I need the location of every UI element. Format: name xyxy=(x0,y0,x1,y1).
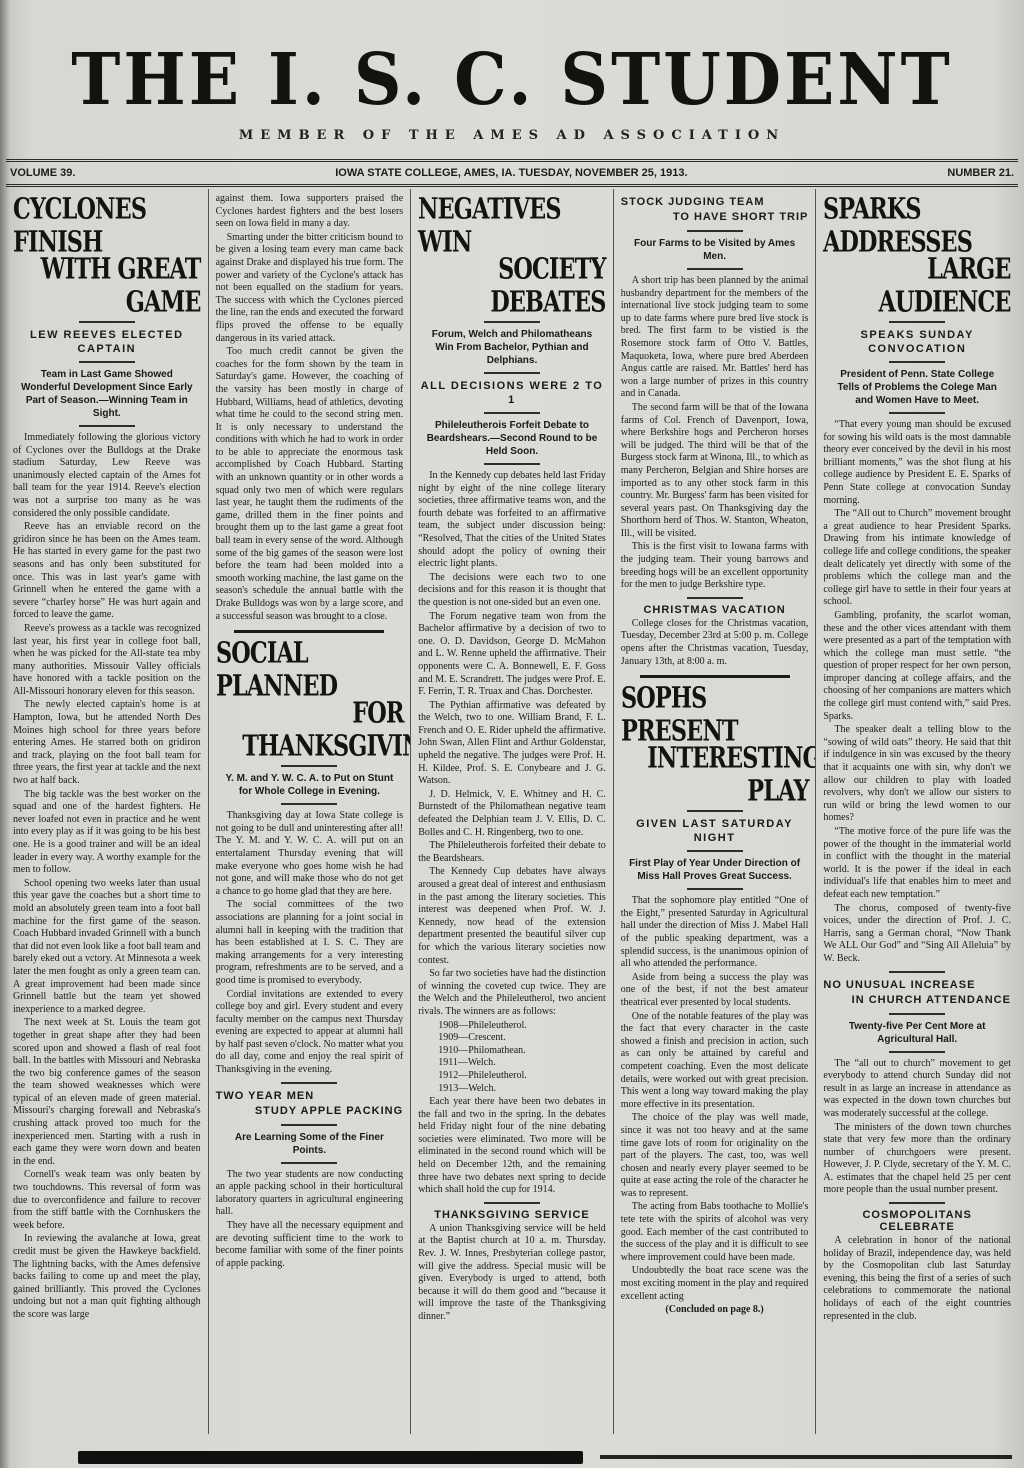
headline-line: NO UNUSUAL INCREASE xyxy=(823,978,1011,993)
list-item: 1911—Welch. xyxy=(418,1057,606,1070)
section-divider xyxy=(281,1162,337,1164)
article-headline: SPARKS ADDRESSESLARGE AUDIENCE xyxy=(823,196,1011,316)
article-paragraph: Reeve has an enviable record on the grid… xyxy=(13,521,201,622)
article-paragraph: School opening two weeks later than usua… xyxy=(13,878,201,1017)
article-paragraph: The decisions were each two to one decis… xyxy=(418,572,606,610)
newspaper-title: THE I. S. C. STUDENT xyxy=(0,39,1024,119)
section-divider xyxy=(79,321,135,323)
headline-line: WITH GREAT GAME xyxy=(39,253,200,319)
section-divider-heavy xyxy=(234,630,384,633)
section-headline: NO UNUSUAL INCREASEIN CHURCH ATTENDANCE xyxy=(823,978,1011,1008)
article-subhead: LEW REEVES ELECTED CAPTAIN xyxy=(13,328,201,356)
headline-line: FOR THANKSGIVING xyxy=(242,697,403,763)
column-1: CYCLONES FINISHWITH GREAT GAMELEW REEVES… xyxy=(6,189,209,1434)
scan-artifact-bottom-line xyxy=(600,1455,1012,1459)
section-divider xyxy=(889,321,945,323)
winners-list: 1908—Phileleutherol.1909—Crescent.1910—P… xyxy=(418,1020,606,1096)
section-divider xyxy=(484,321,540,323)
section-divider xyxy=(687,850,743,852)
list-item: 1913—Welch. xyxy=(418,1083,606,1096)
article-headline: SOCIAL PLANNEDFOR THANKSGIVING xyxy=(216,640,404,760)
article-paragraph: The social committees of the two associa… xyxy=(216,899,404,987)
headline-line: CYCLONES FINISH xyxy=(13,193,174,259)
article-paragraph: “The motive force of the pure life was t… xyxy=(823,826,1011,902)
article-deck: Forum, Welch and Philomatheans Win From … xyxy=(424,328,600,367)
article-deck: Phileleutherois Forfeit Debate to Beards… xyxy=(424,419,600,458)
section-divider xyxy=(281,1124,337,1126)
column-3: NEGATIVES WINSOCIETY DEBATESForum, Welch… xyxy=(411,189,614,1434)
issue-number: NUMBER 21. xyxy=(947,167,1014,179)
article-paragraph: The speaker dealt a telling blow to the … xyxy=(823,724,1011,825)
article-paragraph: The next week at St. Louis the team got … xyxy=(13,1017,201,1168)
article-paragraph: That the sophomore play entitled “One of… xyxy=(621,895,809,971)
article-deck: Y. M. and Y. W. C. A. to Put on Stunt fo… xyxy=(222,772,398,798)
section-divider xyxy=(281,1082,337,1084)
section-divider xyxy=(687,597,743,599)
headline-line: LARGE AUDIENCE xyxy=(850,253,1011,319)
article-paragraph: Cornell's weak team was only beaten by t… xyxy=(13,1169,201,1232)
section-head: COSMOPOLITANS CELEBRATE xyxy=(823,1209,1011,1233)
article-paragraph: Thanksgiving day at Iowa State college i… xyxy=(216,810,404,898)
section-divider xyxy=(889,412,945,414)
article-paragraph: The newly elected captain's home is at H… xyxy=(13,699,201,787)
article-deck: Four Farms to be Visited by Ames Men. xyxy=(627,237,803,263)
article-paragraph: Immediately following the glorious victo… xyxy=(13,432,201,520)
article-paragraph: In reviewing the avalanche at Iowa, grea… xyxy=(13,1233,201,1321)
article-paragraph-continued: against them. Iowa supporters praised th… xyxy=(216,193,404,231)
article-subhead: GIVEN LAST SATURDAY NIGHT xyxy=(621,817,809,845)
article-paragraph: The two year students are now conducting… xyxy=(216,1169,404,1219)
section-divider xyxy=(687,230,743,232)
section-divider xyxy=(889,1202,945,1204)
article-paragraph: Each year there have been two debates in… xyxy=(418,1096,606,1197)
section-divider xyxy=(79,361,135,363)
column-5: SPARKS ADDRESSESLARGE AUDIENCESPEAKS SUN… xyxy=(816,189,1018,1434)
article-paragraph: Reeve's prowess as a tackle was recogniz… xyxy=(13,623,201,699)
section-divider xyxy=(687,888,743,890)
article-paragraph: One of the notable features of the play … xyxy=(621,1011,809,1112)
headline-line: SOCIAL PLANNED xyxy=(216,637,377,703)
masthead-subtitle: MEMBER OF THE AMES AD ASSOCIATION xyxy=(0,128,1024,143)
article-paragraph: In the Kennedy cup debates held last Fri… xyxy=(418,470,606,571)
article-paragraph: A union Thanksgiving service will be hel… xyxy=(418,1223,606,1324)
headline-line: SOCIETY DEBATES xyxy=(444,253,605,319)
column-4: STOCK JUDGING TEAMTO HAVE SHORT TRIPFour… xyxy=(614,189,817,1434)
article-paragraph: Aside from being a success the play was … xyxy=(621,972,809,1010)
list-item: 1908—Phileleutherol. xyxy=(418,1020,606,1033)
article-deck: Team in Last Game Showed Wonderful Devel… xyxy=(19,368,195,420)
columns: CYCLONES FINISHWITH GREAT GAMELEW REEVES… xyxy=(0,187,1024,1434)
article-deck: Twenty-five Per Cent More at Agricultura… xyxy=(829,1020,1005,1046)
section-headline: STOCK JUDGING TEAMTO HAVE SHORT TRIP xyxy=(621,195,809,225)
article-paragraph: The second farm will be that of the Iowa… xyxy=(621,402,809,541)
section-divider xyxy=(889,361,945,363)
article-paragraph: So far two societies have had the distin… xyxy=(418,968,606,1018)
article-headline: CYCLONES FINISHWITH GREAT GAME xyxy=(13,196,201,316)
article-paragraph: The Phileleutherois forfeited their deba… xyxy=(418,840,606,865)
section-divider xyxy=(484,1202,540,1204)
headline-line: SOPHS PRESENT xyxy=(621,682,782,748)
article-paragraph: College closes for the Christmas vacatio… xyxy=(621,618,809,668)
article-paragraph: The big tackle was the best worker on th… xyxy=(13,789,201,877)
article-paragraph: The choice of the play was well made, si… xyxy=(621,1112,809,1200)
list-item: 1909—Crescent. xyxy=(418,1032,606,1045)
section-divider-heavy xyxy=(640,675,790,678)
article-paragraph: The Pythian affirmative was defeated by … xyxy=(418,700,606,788)
article-deck: Are Learning Some of the Finer Points. xyxy=(222,1131,398,1157)
article-headline: NEGATIVES WINSOCIETY DEBATES xyxy=(418,196,606,316)
article-paragraph: Smarting under the bitter criticism boun… xyxy=(216,232,404,345)
headline-line: STOCK JUDGING TEAM xyxy=(621,195,809,210)
section-divider xyxy=(687,810,743,812)
article-paragraph: The chorus, composed of twenty-five voic… xyxy=(823,903,1011,966)
headline-line: IN CHURCH ATTENDANCE xyxy=(823,993,1011,1008)
scan-artifact-bottom-bar xyxy=(78,1451,583,1464)
article-deck: First Play of Year Under Direction of Mi… xyxy=(627,857,803,883)
section-divider xyxy=(281,765,337,767)
headline-line: INTERESTING PLAY xyxy=(647,742,808,808)
article-subhead: ALL DECISIONS WERE 2 TO 1 xyxy=(418,379,606,407)
article-paragraph: This is the first visit to Iowana farms … xyxy=(621,541,809,591)
list-item: 1912—Phileleutherol. xyxy=(418,1070,606,1083)
article-deck: President of Penn. State College Tells o… xyxy=(829,368,1005,407)
article-paragraph: They have all the necessary equipment an… xyxy=(216,1220,404,1270)
article-paragraph: The Kennedy Cup debates have always arou… xyxy=(418,866,606,967)
article-paragraph: The ministers of the down town churches … xyxy=(823,1122,1011,1198)
article-paragraph: Cordial invitations are extended to ever… xyxy=(216,989,404,1077)
article-paragraph: Undoubtedly the boat race scene was the … xyxy=(621,1265,809,1303)
section-divider xyxy=(281,803,337,805)
article-paragraph: The “all out to church” movement to get … xyxy=(823,1058,1011,1121)
section-divider xyxy=(889,1051,945,1053)
headline-line: TWO YEAR MEN xyxy=(216,1089,404,1104)
article-paragraph: The acting from Babs toothache to Mollie… xyxy=(621,1201,809,1264)
dateline: IOWA STATE COLLEGE, AMES, IA. TUESDAY, N… xyxy=(75,167,947,179)
article-headline: SOPHS PRESENTINTERESTING PLAY xyxy=(621,685,809,805)
article-paragraph: “That every young man should be excused … xyxy=(823,419,1011,507)
section-head: THANKSGIVING SERVICE xyxy=(418,1209,606,1221)
section-divider xyxy=(484,412,540,414)
dateline-bar: VOLUME 39. IOWA STATE COLLEGE, AMES, IA.… xyxy=(6,159,1018,187)
newspaper-page: THE I. S. C. STUDENT MEMBER OF THE AMES … xyxy=(0,0,1024,1468)
section-divider xyxy=(484,372,540,374)
section-divider xyxy=(79,425,135,427)
list-item: 1910—Philomathean. xyxy=(418,1045,606,1058)
section-divider xyxy=(889,971,945,973)
headline-line: STUDY APPLE PACKING xyxy=(216,1104,404,1119)
volume-label: VOLUME 39. xyxy=(10,167,75,179)
section-head: CHRISTMAS VACATION xyxy=(621,604,809,616)
section-divider xyxy=(484,463,540,465)
article-subhead: SPEAKS SUNDAY CONVOCATION xyxy=(823,328,1011,356)
section-divider xyxy=(889,1013,945,1015)
article-paragraph: Too much credit cannot be given the coac… xyxy=(216,346,404,623)
article-paragraph: A short trip has been planned by the ani… xyxy=(621,275,809,401)
masthead: THE I. S. C. STUDENT MEMBER OF THE AMES … xyxy=(0,0,1024,187)
article-paragraph: The “All out to Church” movement brought… xyxy=(823,508,1011,609)
section-divider xyxy=(687,268,743,270)
article-paragraph: Gambling, profanity, the scarlot woman, … xyxy=(823,610,1011,723)
article-paragraph: J. D. Helmick, V. E. Whitney and H. C. B… xyxy=(418,789,606,839)
column-2: against them. Iowa supporters praised th… xyxy=(209,189,412,1434)
article-paragraph: A celebration in honor of the national h… xyxy=(823,1235,1011,1323)
continued-note: (Concluded on page 8.) xyxy=(621,1304,809,1317)
headline-line: NEGATIVES WIN xyxy=(418,193,579,259)
article-paragraph: The Forum negative team won from the Bac… xyxy=(418,611,606,699)
headline-line: TO HAVE SHORT TRIP xyxy=(621,210,809,225)
headline-line: SPARKS ADDRESSES xyxy=(823,193,984,259)
section-headline: TWO YEAR MENSTUDY APPLE PACKING xyxy=(216,1089,404,1119)
